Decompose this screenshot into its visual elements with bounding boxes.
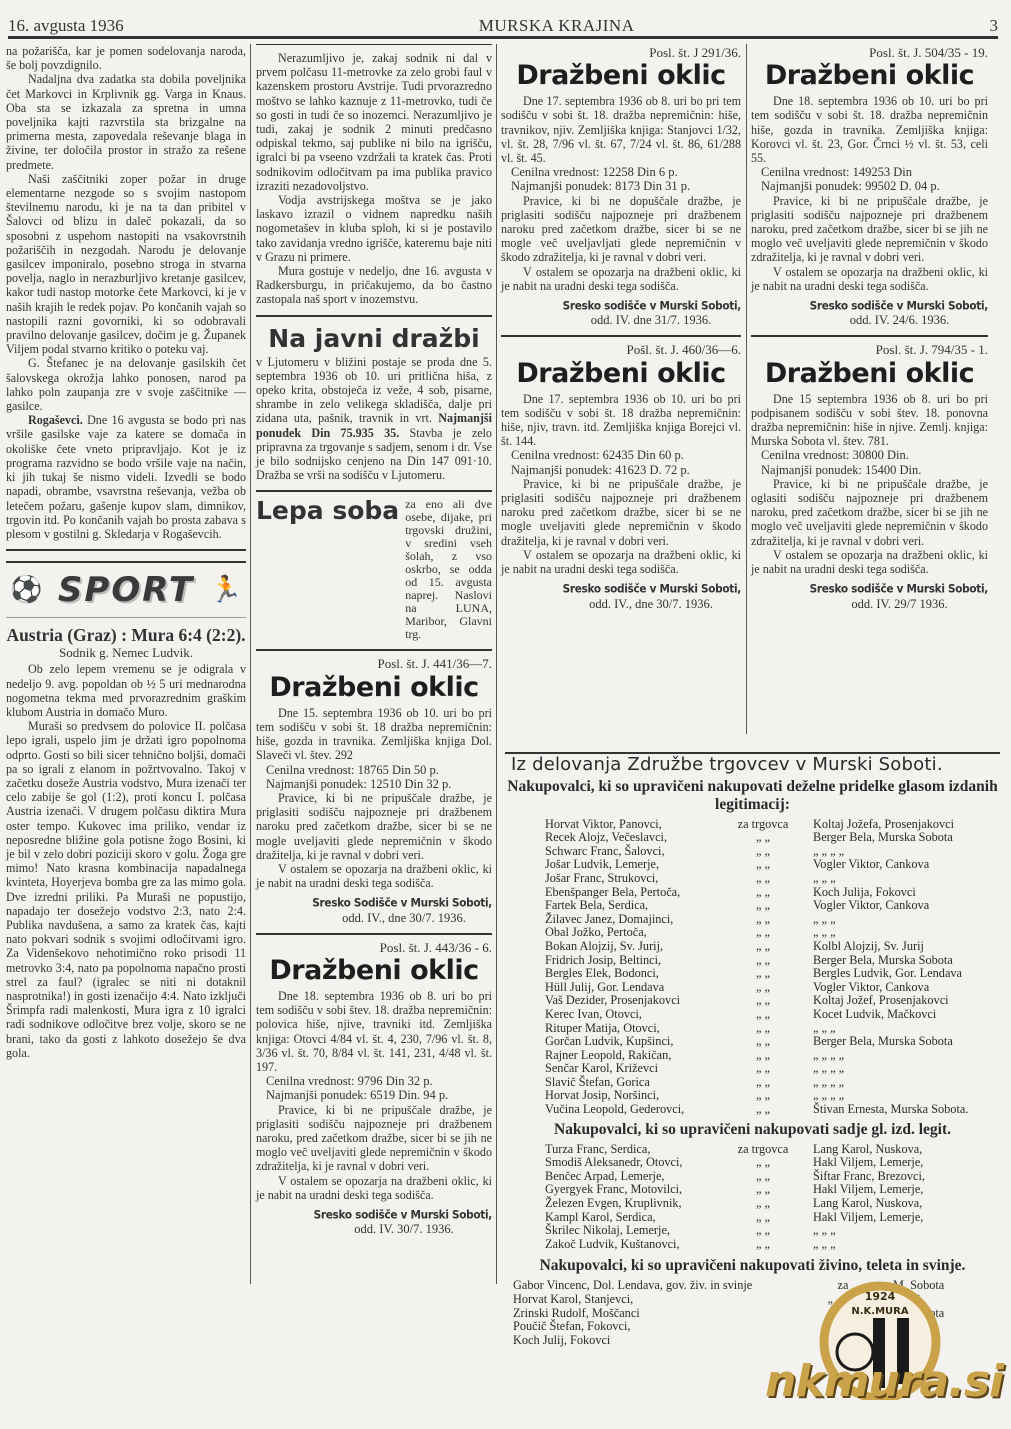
for-merchant-label: „ „ [713, 1008, 813, 1022]
buyer-name: Horvat Karol, Stanjevci, [513, 1293, 793, 1307]
merchant-row: Rajner Leopold, Rakičan,„ „„ „ „ „ [545, 1049, 968, 1063]
notice-title: Dražbeni oklic [256, 955, 492, 987]
merchant-name: Kocet Ludvik, Mačkovci [813, 1008, 968, 1022]
section-rule [256, 490, 492, 492]
minimum-offer: Najmanjši ponudek: 6519 Din. 94 p. [256, 1088, 492, 1102]
estimated-value: Cenilna vrednost: 18765 Din 50 p. [256, 763, 492, 777]
sport-banner: ⚽ SPORT 🏃 [6, 561, 246, 618]
case-number: Posl. št. J. 441/36—7. [256, 657, 492, 671]
match-referee: Sodnik g. Nemec Ludvik. [6, 646, 246, 660]
column-divider [250, 44, 251, 1284]
merchant-row: Gorčan Ludvik, Kupšinci,„ „Berger Bela, … [545, 1035, 968, 1049]
estimated-value: Cenilna vrednost: 12258 Din 6 p. [501, 165, 741, 179]
buyer-name: Rituper Matija, Otovci, [545, 1022, 713, 1036]
for-merchant-label: „ „ [713, 1211, 813, 1225]
notice-rights: Pravice, ki bi ne pripuščale dražbe, je … [501, 477, 741, 548]
notice-rights: Pravice, ki bi ne pripuščale dražbe, je … [256, 1103, 492, 1174]
article-paragraph: na požarišča, kar je pomen sodelovanja n… [6, 44, 246, 72]
buyer-name: Slavič Štefan, Gorica [545, 1076, 713, 1090]
buyer-name: Vučina Leopold, Gederovci, [545, 1103, 713, 1117]
buyer-name: Ebenšpanger Bela, Pertoča, [545, 886, 713, 900]
notice-footer: V ostalem se opozarja na dražbeni oklic,… [751, 548, 988, 576]
auction-ad-title: Na javni dražbi [256, 323, 492, 355]
merchant-row: Slavič Štefan, Gorica„ „„ „ „ „ [545, 1076, 968, 1090]
court-signature: Sresko sodišče v Murski Soboti, [256, 1207, 492, 1223]
for-merchant-label: „ „ [713, 1076, 813, 1090]
merchant-name: „ „ „ „ [813, 1076, 968, 1090]
merchant-name: Berger Bela, Murska Sobota [813, 1035, 968, 1049]
merchant-row: Škrilec Nikolaj, Lemerje,„ „„ „ „ [545, 1224, 925, 1238]
auction-notice: Posl. št. J. 441/36—7. Dražbeni oklic Dn… [256, 657, 492, 924]
buyer-name: Rajner Leopold, Rakičan, [545, 1049, 713, 1063]
merchant-name: „ „ „ [813, 926, 968, 940]
minimum-offer: Najmanjši ponudek: 99502 D. 04 p. [751, 179, 988, 193]
notice-title: Dražbeni oklic [751, 358, 988, 390]
merchant-row: Recek Alojz, Večeslavci,„ „Berger Bela, … [545, 831, 968, 845]
notice-rights: Pravice, ki bi ne pripuščale dražbe, je … [751, 477, 988, 548]
for-merchant-label: za trgovca [713, 1143, 813, 1157]
merchant-row: Železen Evgen, Kruplivnik,„ „Lang Karol,… [545, 1197, 925, 1211]
merchant-name: „ „ „ [813, 1238, 925, 1252]
merchant-name: Koltaj Jožef, Prosenjakovci [813, 994, 968, 1008]
for-merchant-label: „ „ [713, 1103, 813, 1117]
article-paragraph: Mura gostuje v nedeljo, dne 16. avgusta … [256, 264, 492, 307]
merchant-row: Schwarc Franc, Šalovci,„ „„ „ „ „ [545, 845, 968, 859]
notice-title: Dražbeni oklic [751, 60, 988, 92]
buyer-name: Žilavec Janez, Domajinci, [545, 913, 713, 927]
buyer-name: Bergles Elek, Bodonci, [545, 967, 713, 981]
for-merchant-label: „ „ [713, 1197, 813, 1211]
fruit-buyers-table: Turza Franc, Serdica,za trgovcaLang Karo… [545, 1143, 925, 1252]
place-lead: Rogaševci. [28, 413, 83, 427]
for-merchant-label: „ „ [713, 1156, 813, 1170]
court-department-date: odd. IV., dne 30/7. 1936. [501, 597, 741, 611]
page-number: 3 [990, 16, 999, 36]
auction-notice: Posl. št. J. 794/35 - 1. Dražbeni oklic … [751, 343, 988, 610]
case-number: Pošl. št. J. 460/36—6. [501, 343, 741, 357]
notice-body: Dne 17. septembra 1936 ob 8. uri bo pri … [501, 94, 741, 165]
notice-footer: V ostalem se opozarja na dražbeni oklic,… [256, 1174, 492, 1202]
notice-title: Dražbeni oklic [256, 672, 492, 704]
for-merchant-label: „ „ [713, 899, 813, 913]
notice-footer: V ostalem se opozarja na dražbeni oklic,… [751, 265, 988, 293]
notice-rights: Pravice, ki bi ne pripuščale dražbe, je … [751, 194, 988, 265]
buyer-name: Benčec Arpad, Lemerje, [545, 1170, 713, 1184]
auction-notice: Posl. št. J. 504/35 - 19. Dražbeni oklic… [751, 46, 988, 327]
for-merchant-label: „ „ [713, 1183, 813, 1197]
merchant-row: Bergles Elek, Bodonci,„ „Bergles Ludvik,… [545, 967, 968, 981]
notice-footer: V ostalem se opozarja na dražbeni oklic,… [501, 265, 741, 293]
buyer-name: Turza Franc, Serdica, [545, 1143, 713, 1157]
merchant-row: Kampl Karol, Serdica,„ „Hakl Viljem, Lem… [545, 1211, 925, 1225]
column-2: Nerazumljivo je, zakaj sodnik ni dal v p… [256, 44, 492, 1236]
produce-buyers-heading: Nakupovalci, ki so upravičeni nakupovati… [505, 778, 1000, 814]
for-merchant-label: „ „ [713, 1049, 813, 1063]
case-number: Posl. št. J. 504/35 - 19. [751, 46, 988, 60]
buyer-name: Schwarc Franc, Šalovci, [545, 845, 713, 859]
merchant-row: Obal Jožko, Pertoča,„ „„ „ „ [545, 926, 968, 940]
minimum-offer: Najmanjši ponudek: 12510 Din 32 p. [256, 777, 492, 791]
merchant-name: Hakl Viljem, Lemerje, [813, 1211, 925, 1225]
court-signature: Sresko sodišče v Murski Soboti, [501, 298, 741, 314]
for-merchant-label: „ „ [713, 967, 813, 981]
merchant-row: Žilavec Janez, Domajinci,„ „„ „ „ [545, 913, 968, 927]
for-merchant-label: „ „ [713, 1170, 813, 1184]
section-rule [256, 649, 492, 651]
notice-footer: V ostalem se opozarja na dražbeni oklic,… [256, 862, 492, 890]
estimated-value: Cenilna vrednost: 30800 Din. [751, 448, 988, 462]
buyer-name: Hüll Julij, Gor. Lendava [545, 981, 713, 995]
merchant-row: Turza Franc, Serdica,za trgovcaLang Karo… [545, 1143, 925, 1157]
merchants-title: Iz delovanja Združbe trgovcev v Murski S… [511, 758, 1000, 772]
article-paragraph: Naši zaščitniki zoper požar in druge ele… [6, 172, 246, 357]
merchant-row: Hüll Julij, Gor. Lendava„ „Vogler Viktor… [545, 981, 968, 995]
estimated-value: Cenilna vrednost: 62435 Din 60 p. [501, 448, 741, 462]
for-merchant-label: „ „ [713, 994, 813, 1008]
for-merchant-label: za trgovca [713, 818, 813, 832]
article-paragraph: G. Štefanec je na delovanje gasilskih če… [6, 356, 246, 413]
court-signature: Sresko sodišče v Murski Soboti, [751, 298, 988, 314]
room-ad: Lepa soba za eno ali dve osebe, dijake, … [256, 498, 492, 641]
section-rule [256, 315, 492, 317]
notice-body: Dne 18. septembra 1936 ob 10. uri bo pri… [751, 94, 988, 165]
merchant-name: „ „ „ [813, 1022, 968, 1036]
column-divider [496, 44, 497, 1284]
buyer-name: Gorčan Ludvik, Kupšinci, [545, 1035, 713, 1049]
buyer-name: Fridrich Josip, Beltinci, [545, 954, 713, 968]
buyer-name: Recek Alojz, Večeslavci, [545, 831, 713, 845]
merchant-name: „ „ „ [813, 872, 968, 886]
article-paragraph: Nerazumljivo je, zakaj sodnik ni dal v p… [256, 51, 492, 193]
court-department-date: odd. IV. 30/7. 1936. [256, 1222, 492, 1236]
article-paragraph: Vodja avstrijskega moštva se je jako las… [256, 193, 492, 264]
fruit-buyers-heading: Nakupovalci, ki so upravičeni nakupovati… [505, 1121, 1000, 1139]
room-ad-title: Lepa soba [256, 498, 399, 524]
estimated-value: Cenilna vrednost: 9796 Din 32 p. [256, 1074, 492, 1088]
section-rule [256, 44, 492, 45]
merchant-row: Horvat Josip, Noršinci,„ „„ „ „ „ [545, 1089, 968, 1103]
merchant-name: „ „ „ „ [813, 845, 968, 859]
column-4: Posl. št. J. 504/35 - 19. Dražbeni oklic… [751, 44, 988, 611]
merchant-name: Bergles Ludvik, Gor. Lendava [813, 967, 968, 981]
room-ad-body: za eno ali dve osebe, dijake, pri trgovs… [405, 498, 492, 641]
merchant-row: Benčec Arpad, Lemerje,„ „Šiftar Franc, B… [545, 1170, 925, 1184]
notice-body: Dne 15. septembra 1936 ob 10. uri bo pri… [256, 706, 492, 763]
buyer-name: Smodiš Aleksanedr, Otovci, [545, 1156, 713, 1170]
merchant-row: Horvat Viktor, Panovci,za trgovcaKoltaj … [545, 818, 968, 832]
merchant-name: Vogler Viktor, Cankova [813, 981, 968, 995]
watermark-site-text: nkmura.si [765, 1356, 1003, 1407]
masthead-rule [8, 36, 998, 39]
for-merchant-label: „ „ [713, 831, 813, 845]
buyer-name: Škrilec Nikolaj, Lemerje, [545, 1224, 713, 1238]
buyer-name: Jošar Ludvik, Lemerje, [545, 858, 713, 872]
buyer-name: Železen Evgen, Kruplivnik, [545, 1197, 713, 1211]
merchant-name: Berger Bela, Murska Sobota [813, 954, 968, 968]
for-merchant-label: „ „ [713, 981, 813, 995]
merchant-row: Jošar Franc, Strukovci,„ „„ „ „ [545, 872, 968, 886]
merchant-name: Koch Julija, Fokovci [813, 886, 968, 900]
notice-title: Dražbeni oklic [501, 60, 741, 92]
sport-banner-title: SPORT [58, 583, 194, 597]
buyer-name: Obal Jožko, Pertoča, [545, 926, 713, 940]
merchant-row: Fartek Bela, Serdica,„ „Vogler Viktor, C… [545, 899, 968, 913]
court-signature: Sresko Sodišče v Murski Soboti, [256, 896, 492, 912]
buyer-name: Zakoč Ludvik, Kuštanovci, [545, 1238, 713, 1252]
minimum-offer: Najmanjši ponudek: 15400 Din. [751, 463, 988, 477]
for-merchant-label: „ „ [713, 1238, 813, 1252]
svg-text:1924: 1924 [865, 1290, 896, 1303]
athlete-figure-icon: 🏃 [210, 583, 242, 597]
match-headline: Austria (Graz) : Mura 6:4 (2:2). [6, 624, 246, 646]
merchant-name: Lang Karol, Nuskova, [813, 1143, 925, 1157]
merchant-name: „ „ „ „ [813, 1089, 968, 1103]
merchant-name: „ „ „ „ [813, 1049, 968, 1063]
merchant-name: Šiftar Franc, Brezovci, [813, 1170, 925, 1184]
column-divider [746, 44, 747, 734]
merchant-name: „ „ „ „ [813, 1062, 968, 1076]
merchant-row: Fridrich Josip, Beltinci,„ „Berger Bela,… [545, 954, 968, 968]
section-rule [6, 549, 246, 551]
for-merchant-label: „ „ [713, 1224, 813, 1238]
merchant-name: Koltaj Jožefa, Prosenjakovci [813, 818, 968, 832]
newspaper-page: 16. avgusta 1936 MURSKA KRAJINA 3 na pož… [0, 0, 1011, 1429]
notice-title: Dražbeni oklic [501, 358, 741, 390]
buyer-name: Kerec Ivan, Otovci, [545, 1008, 713, 1022]
for-merchant-label: „ „ [713, 858, 813, 872]
buyer-name: Horvat Viktor, Panovci, [545, 818, 713, 832]
merchant-name: Štivan Ernesta, Murska Sobota. [813, 1103, 968, 1117]
notice-footer: V ostalem se opozarja na dražbeni oklic,… [501, 548, 741, 576]
footballer-figure-icon: ⚽ [10, 583, 42, 597]
merchant-row: Jošar Ludvik, Lemerje,„ „Vogler Viktor, … [545, 858, 968, 872]
merchant-name: Berger Bela, Murska Sobota [813, 831, 968, 845]
buyer-name: Fartek Bela, Serdica, [545, 899, 713, 913]
auction-notice: Posl. št. J 291/36. Dražbeni oklic Dne 1… [501, 46, 741, 327]
merchant-name: „ „ „ [813, 1224, 925, 1238]
notice-rights: Pravice, ki bi ne pripuščale dražbe, je … [256, 791, 492, 862]
article-paragraph: Muraši so predvsem do polovice II. polča… [6, 719, 246, 1060]
buyer-name: Jošar Franc, Strukovci, [545, 872, 713, 886]
auction-notice: Posl. št. J. 443/36 - 6. Dražbeni oklic … [256, 941, 492, 1237]
merchant-name: Vogler Viktor, Cankova [813, 858, 968, 872]
court-signature: Sresko sodišče v Murski Soboti, [501, 582, 741, 598]
buyer-name: Horvat Josip, Noršinci, [545, 1089, 713, 1103]
merchant-row: Zakoč Ludvik, Kuštanovci,„ „„ „ „ [545, 1238, 925, 1252]
livestock-buyers-heading: Nakupovalci, ki so upravičeni nakupovati… [505, 1257, 1000, 1275]
section-rule [501, 335, 741, 337]
buyer-name: Zrinski Rudolf, Moščanci [513, 1307, 793, 1321]
for-merchant-label: „ „ [713, 1022, 813, 1036]
newspaper-title: MURSKA KRAJINA [479, 16, 635, 36]
merchant-name: Vogler Viktor, Cankova [813, 899, 968, 913]
produce-buyers-table: Horvat Viktor, Panovci,za trgovcaKoltaj … [545, 818, 968, 1117]
for-merchant-label: „ „ [713, 886, 813, 900]
merchant-row: Kerec Ivan, Otovci,„ „Kocet Ludvik, Mačk… [545, 1008, 968, 1022]
for-merchant-label: „ „ [713, 1035, 813, 1049]
club-watermark: 1924 N.K.MURA nkmura.si [755, 1280, 1005, 1410]
buyer-name: Koch Julij, Fokovci [513, 1334, 793, 1348]
buyer-name: Gabor Vincenc, Dol. Lendava, gov. živ. i… [513, 1279, 793, 1293]
buyer-name: Senčar Karol, Križevci [545, 1062, 713, 1076]
merchants-section: Iz delovanja Združbe trgovcev v Murski S… [505, 752, 1000, 1347]
merchant-row: Rituper Matija, Otovci,„ „„ „ „ [545, 1022, 968, 1036]
buyer-name: Bokan Alojzij, Sv. Jurij, [545, 940, 713, 954]
for-merchant-label: „ „ [713, 1089, 813, 1103]
for-merchant-label: „ „ [713, 913, 813, 927]
article-paragraph: Nadaljna dva zadatka sta dobila poveljni… [6, 72, 246, 171]
for-merchant-label: „ „ [713, 845, 813, 859]
merchant-name: Lang Karol, Nuskova, [813, 1197, 925, 1211]
masthead: 16. avgusta 1936 MURSKA KRAJINA 3 [8, 10, 998, 36]
case-number: Posl. št. J. 443/36 - 6. [256, 941, 492, 955]
notice-body: Dne 18. septembra 1936 ob 8. uri bo pri … [256, 989, 492, 1074]
merchant-row: Senčar Karol, Križevci„ „„ „ „ „ [545, 1062, 968, 1076]
merchant-row: Smodiš Aleksanedr, Otovci,„ „Hakl Viljem… [545, 1156, 925, 1170]
notice-rights: Pravice, ki bi ne dopuščale dražbe, je p… [501, 194, 741, 265]
section-rule [751, 335, 988, 337]
court-department-date: odd. IV. dne 31/7. 1936. [501, 313, 741, 327]
minimum-offer: Najmanjši ponudek: 8173 Din 31 p. [501, 179, 741, 193]
merchant-name: Kolbl Alojzij, Sv. Jurij [813, 940, 968, 954]
buyer-name: Vaš Dezider, Prosenjakovci [545, 994, 713, 1008]
for-merchant-label: „ „ [713, 940, 813, 954]
court-department-date: odd. IV. 29/7 1936. [751, 597, 988, 611]
court-signature: Sresko sodišče v Murski Soboti, [751, 582, 988, 598]
merchant-row: Bokan Alojzij, Sv. Jurij,„ „Kolbl Alojzi… [545, 940, 968, 954]
merchant-row: Vučina Leopold, Gederovci,„ „Štivan Erne… [545, 1103, 968, 1117]
merchant-row: Vaš Dezider, Prosenjakovci„ „Koltaj Jože… [545, 994, 968, 1008]
court-department-date: odd. IV., dne 30/7. 1936. [256, 911, 492, 925]
minimum-offer: Najmanjši ponudek: 41623 D. 72 p. [501, 463, 741, 477]
for-merchant-label: „ „ [713, 1062, 813, 1076]
case-number: Posl. št. J. 794/35 - 1. [751, 343, 988, 357]
buyer-name: Gyergyek Franc, Motovilci, [545, 1183, 713, 1197]
buyer-name: Poučič Štefan, Fokovci, [513, 1320, 793, 1334]
svg-text:N.K.MURA: N.K.MURA [851, 1306, 908, 1317]
article-paragraph: Rogaševci. Dne 16 avgusta se bodo pri na… [6, 413, 246, 541]
court-department-date: odd. IV. 24/6. 1936. [751, 313, 988, 327]
auction-notice: Pošl. št. J. 460/36—6. Dražbeni oklic Dn… [501, 343, 741, 610]
notice-body: Dne 15 septembra 1936 ob 8. uri bo pri p… [751, 392, 988, 449]
article-paragraph: Ob zelo lepem vremenu se je odigrala v n… [6, 662, 246, 719]
auction-ad-body: v Ljutomeru v bližini postaje se proda d… [256, 355, 492, 483]
merchant-row: Gyergyek Franc, Motovilci,„ „Hakl Viljem… [545, 1183, 925, 1197]
merchant-name: „ „ „ [813, 913, 968, 927]
section-rule [256, 933, 492, 935]
issue-date: 16. avgusta 1936 [8, 16, 124, 36]
column-3: Posl. št. J 291/36. Dražbeni oklic Dne 1… [501, 44, 741, 611]
merchant-row: Ebenšpanger Bela, Pertoča,„ „Koch Julija… [545, 886, 968, 900]
merchant-name: Hakl Viljem, Lemerje, [813, 1183, 925, 1197]
notice-body: Dne 17. septembra 1936 ob 10. uri bo pri… [501, 392, 741, 449]
for-merchant-label: „ „ [713, 872, 813, 886]
buyer-name: Kampl Karol, Serdica, [545, 1211, 713, 1225]
for-merchant-label: „ „ [713, 954, 813, 968]
estimated-value: Cenilna vrednost: 149253 Din [751, 165, 988, 179]
column-1: na požarišča, kar je pomen sodelovanja n… [6, 44, 246, 1060]
case-number: Posl. št. J 291/36. [501, 46, 741, 60]
for-merchant-label: „ „ [713, 926, 813, 940]
merchant-name: Hakl Viljem, Lemerje, [813, 1156, 925, 1170]
